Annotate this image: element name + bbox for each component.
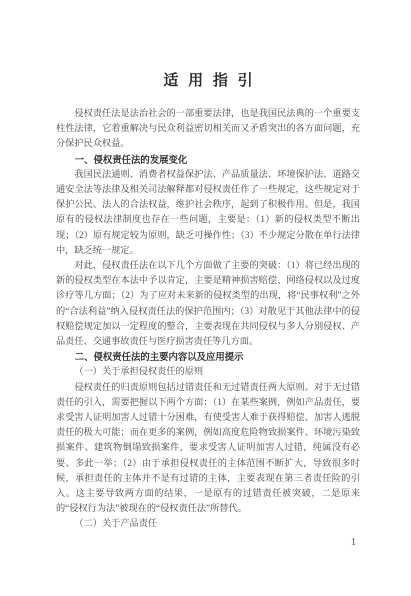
document-body: 适用指引 侵权责任法是法治社会的一部重要法律，也是我国民法典的一个重要支柱性法律… (56, 74, 360, 532)
section-heading: 二、侵权责任法的主要内容以及应用提示 (56, 349, 360, 364)
paragraph: 对此，侵权责任法在以下几个方面做了主要的突破：（1）将已经出现的新的侵权类型在本… (56, 258, 360, 349)
sub-heading: （一）关于承担侵权责任的原则 (56, 364, 360, 379)
paragraph: 侵权责任法是法治社会的一部重要法律，也是我国民法典的一个重要支柱性法律，它着重解… (56, 106, 360, 152)
paragraph: 侵权责任的归责原则包括过错责任和无过错责任两大原则。对于无过错责任的引入，需要把… (56, 380, 360, 517)
document-page: 适用指引 侵权责任法是法治社会的一部重要法律，也是我国民法典的一个重要支柱性法律… (0, 0, 411, 596)
section-heading: 一、侵权责任法的发展变化 (56, 152, 360, 167)
paragraph: 我国民法通则、消费者权益保护法、产品质量法、环境保护法、道路交通安全法等法律及相… (56, 167, 360, 258)
sub-heading: （二）关于产品责任 (56, 516, 360, 531)
page-number: 1 (351, 537, 356, 549)
page-title: 适用指引 (56, 74, 360, 89)
